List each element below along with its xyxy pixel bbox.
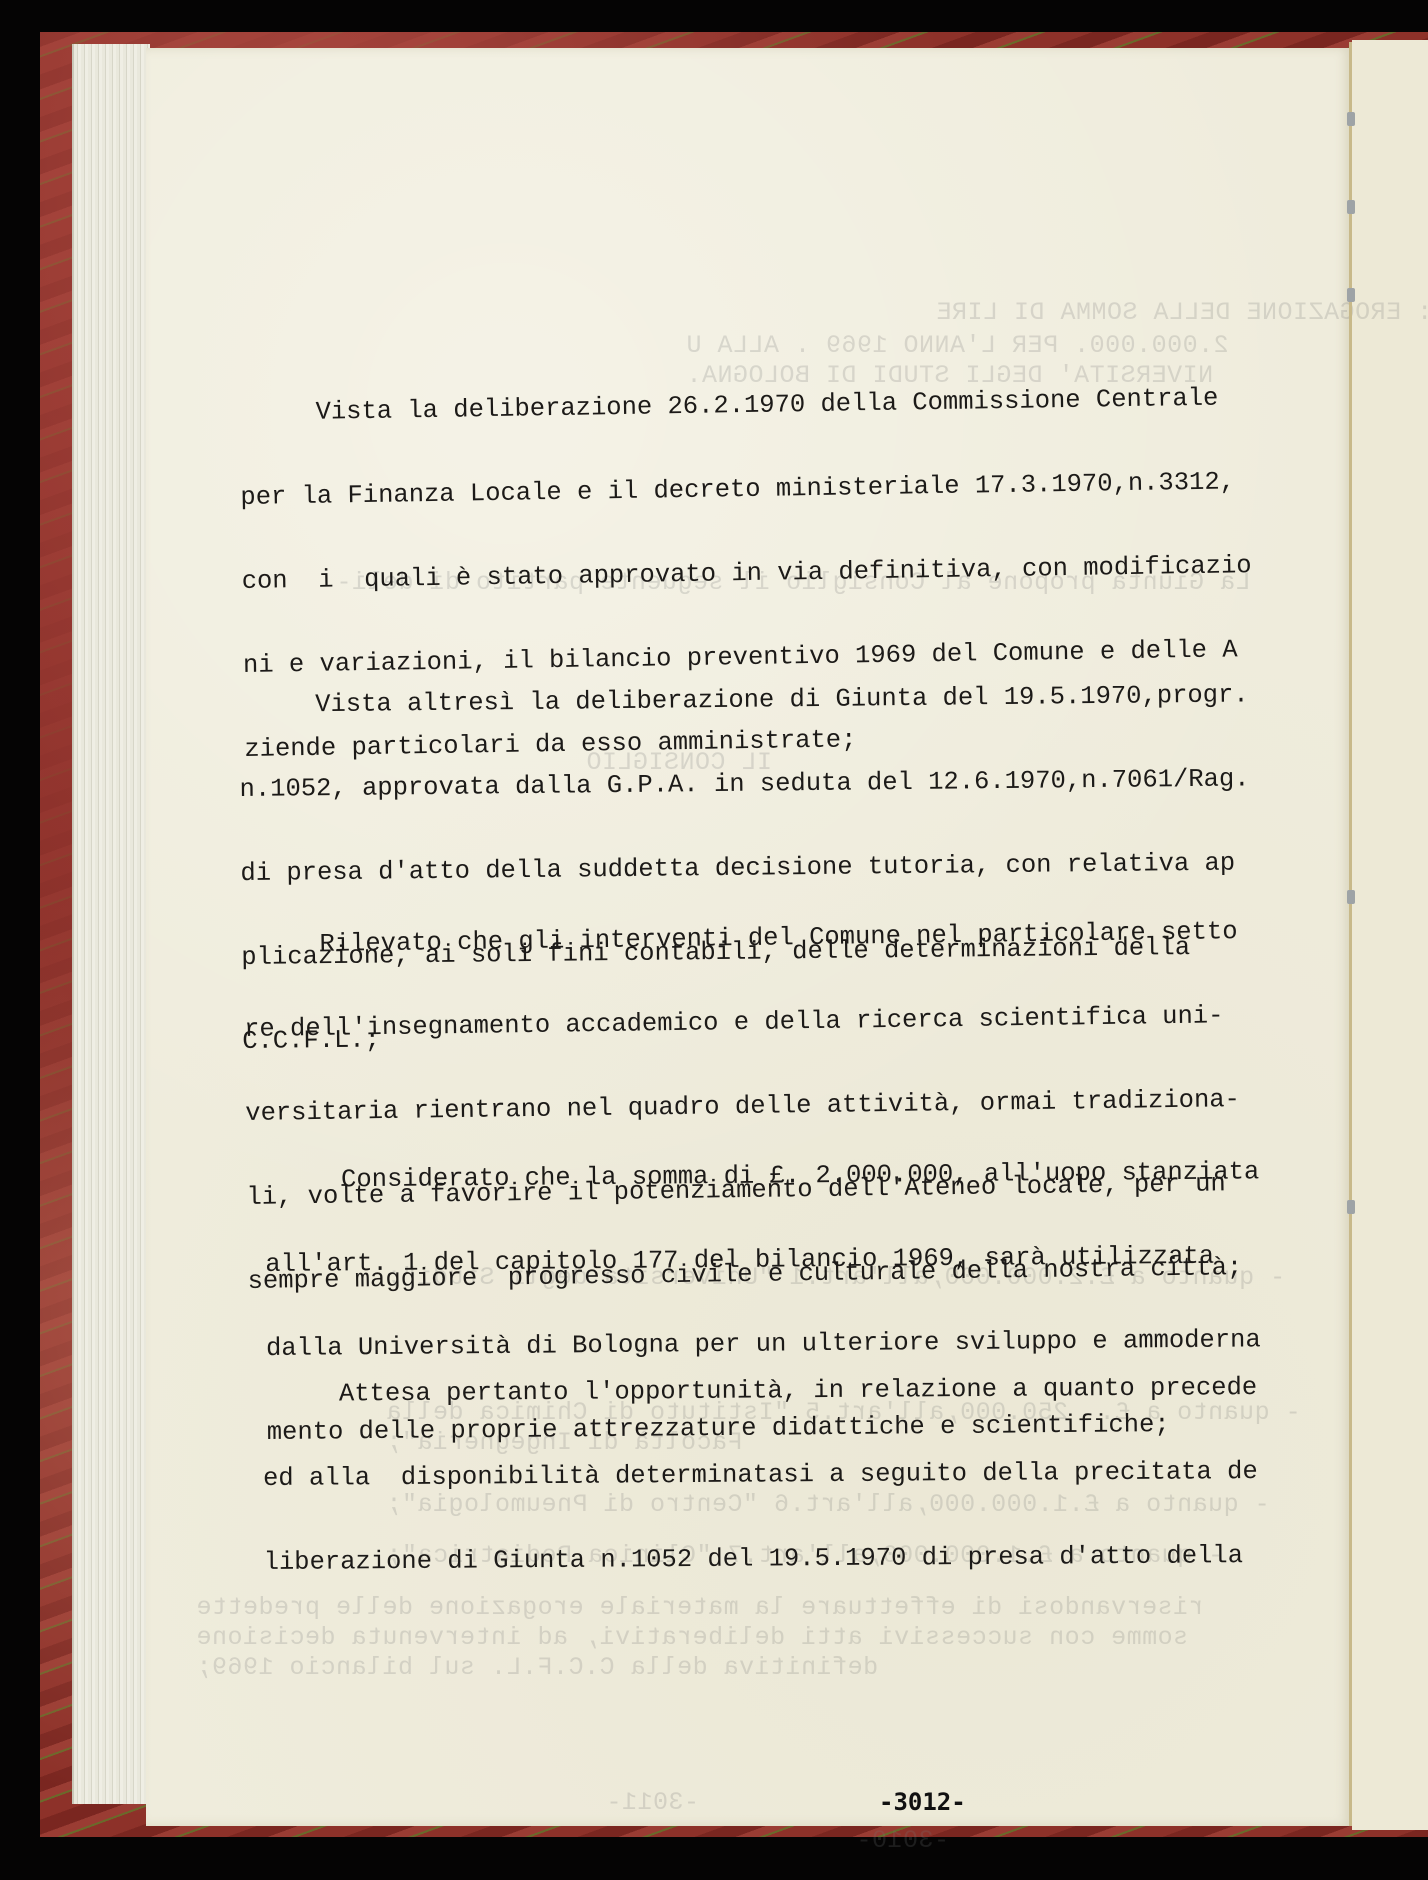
binding-staple	[1347, 890, 1355, 904]
text-line: ed alla disponibilità determinatasi a se…	[263, 1458, 1258, 1493]
binding-gutter	[1349, 42, 1352, 1826]
show-through-page-number: -3011-	[606, 1788, 699, 1817]
text-line: Vista altresì la deliberazione di Giunta…	[239, 681, 1249, 720]
text-line: per la Finanza Locale e il decreto minis…	[240, 468, 1250, 512]
text-line: all'art. 1 del capitolo 177 del bilancio…	[265, 1242, 1260, 1279]
binding-staple	[1347, 200, 1355, 214]
binding-staple	[1347, 112, 1355, 126]
page-stack-edge	[72, 44, 150, 1804]
text-line: Considerato che la somma di £. 2.000.000…	[264, 1158, 1259, 1195]
document-page: O.d.G.n. OGGETTO: EROGAZIONE DELLA SOMMA…	[146, 48, 1351, 1826]
text-line: Attesa pertanto l'opportunità, in relazi…	[262, 1374, 1257, 1409]
text-line: liberazione di Giunta n.1052 del 19.5.19…	[264, 1542, 1259, 1577]
text-line: re dell'insegnamento accademico e della …	[244, 1002, 1239, 1044]
show-through-text: definitiva della C.C.F.L. sul bilancio 1…	[196, 1653, 878, 1682]
text-line: n.1052, approvata dalla G.P.A. in seduta…	[239, 765, 1249, 804]
page-number: -3012-	[879, 1788, 966, 1816]
binding-staple	[1347, 288, 1355, 302]
text-line: con i quali è stato approvato in via def…	[242, 552, 1252, 596]
show-through-text: O.d.G.n. OGGETTO: EROGAZIONE DELLA SOMMA…	[936, 298, 1428, 327]
text-line: Vista la deliberazione 26.2.1970 della C…	[239, 384, 1249, 428]
text-line: Rilevato che gli interventi del Comune n…	[243, 918, 1238, 960]
show-through-page-number: -3010-	[856, 1826, 949, 1855]
paragraph-attesa: Attesa pertanto l'opportunità, in relazi…	[262, 1318, 1259, 1633]
binding-staple	[1347, 1200, 1355, 1214]
